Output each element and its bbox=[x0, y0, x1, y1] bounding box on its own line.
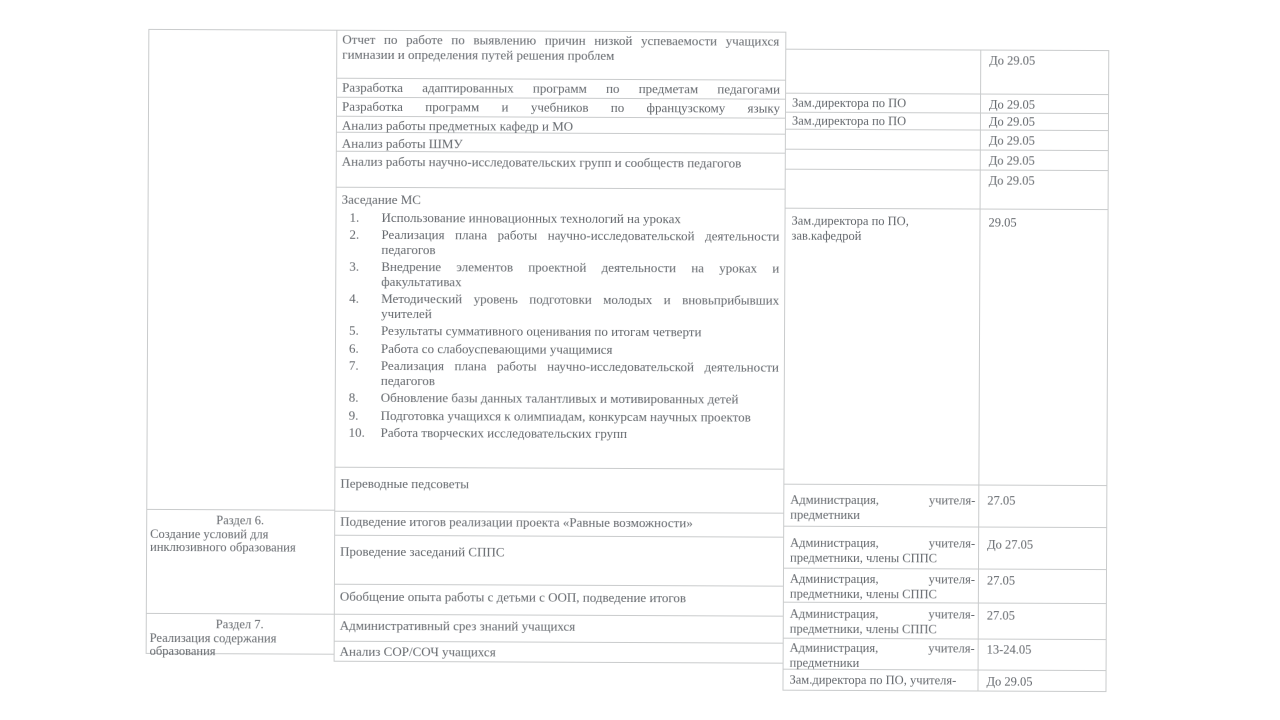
activity-cell: Разработка программ и учебников по франц… bbox=[336, 98, 786, 119]
meeting-agenda-item: Обновление базы данных талантливых и мот… bbox=[341, 391, 779, 407]
section-cell-razdel-6: Раздел 6. Создание условий для инклюзивн… bbox=[146, 510, 334, 615]
responsible-cell bbox=[785, 130, 981, 151]
meeting-agenda-item: Реализация плана работы научно-исследова… bbox=[341, 228, 779, 259]
activity-cell: Анализ работы научно-исследовательских г… bbox=[336, 152, 786, 190]
date-cell: До 29.05 bbox=[980, 131, 1109, 152]
scanned-work-plan-table: Раздел 6. Создание условий для инклюзивн… bbox=[0, 0, 1280, 720]
activity-cell: Переводные педсоветы bbox=[334, 468, 784, 514]
section-cell-empty bbox=[146, 29, 336, 511]
date-cell: До 29.05 bbox=[980, 171, 1109, 211]
meeting-agenda-item: Использование инновационных технологий н… bbox=[342, 210, 780, 226]
responsible-cell: Зам.директора по ПО bbox=[785, 94, 981, 114]
section-title: Создание условий для инклюзивного образо… bbox=[150, 527, 330, 555]
responsible-cell: Администрация, учителя-предметники, член… bbox=[783, 527, 979, 570]
activity-cell: Административный срез знаний учащихся bbox=[334, 615, 784, 644]
section-title bbox=[152, 34, 332, 35]
section-number bbox=[152, 34, 332, 35]
responsible-cell: Зам.директора по ПО, учителя- bbox=[782, 670, 978, 692]
meeting-agenda-item: Работа со слабоуспевающими учащимися bbox=[341, 341, 779, 357]
meeting-agenda-item: Внедрение элементов проектной деятельнос… bbox=[341, 260, 779, 291]
date-cell: 27.05 bbox=[978, 604, 1107, 641]
section-cell-razdel-7: Раздел 7. Реализация содержания образова… bbox=[146, 614, 334, 655]
meeting-agenda-item: Работа творческих исследовательских груп… bbox=[341, 426, 779, 442]
responsible-cell: Зам.директора по ПО bbox=[785, 113, 981, 131]
activity-cell: Анализ СОР/СОЧ учащихся bbox=[334, 642, 784, 664]
responsible-cell bbox=[785, 150, 981, 171]
date-cell: До 29.05 bbox=[977, 671, 1106, 693]
date-cell: 13-24.05 bbox=[978, 640, 1107, 672]
responsible-cell: Администрация, учителя-предметники bbox=[783, 639, 979, 671]
activity-cell: Проведение заседаний СППС bbox=[334, 536, 784, 587]
responsible-cell: Администрация, учителя-предметники, член… bbox=[783, 569, 979, 604]
meeting-title: Заседание МС bbox=[342, 193, 780, 209]
section-title: Реализация содержания образования bbox=[150, 631, 330, 659]
date-cell: До 27.05 bbox=[978, 528, 1107, 571]
date-cell: 27.05 bbox=[978, 486, 1107, 529]
responsible-cell: Администрация, учителя-предметники, член… bbox=[783, 603, 979, 640]
activity-cell: Анализ работы ШМУ bbox=[336, 133, 786, 154]
activity-cell: Отчет по работе по выявлению причин низк… bbox=[336, 30, 786, 81]
date-cell: До 29.05 bbox=[980, 95, 1109, 115]
meeting-agenda-item: Результаты суммативного оценивания по ит… bbox=[341, 324, 779, 340]
responsible-cell bbox=[785, 49, 981, 95]
responsible-cell bbox=[785, 170, 981, 210]
activity-cell: Подведение итогов реализации проекта «Ра… bbox=[334, 512, 784, 538]
activity-cell: Обобщение опыта работы с детьми с ООП, п… bbox=[334, 585, 784, 617]
responsible-cell: Администрация, учителя-предметники bbox=[783, 485, 979, 528]
date-cell: 29.05 bbox=[978, 210, 1108, 487]
meeting-agenda-item: Реализация плана работы научно-исследова… bbox=[341, 359, 779, 390]
date-cell: 27.05 bbox=[978, 570, 1107, 605]
meeting-agenda-item: Методический уровень подготовки молодых … bbox=[341, 292, 779, 323]
date-cell: До 29.05 bbox=[980, 114, 1109, 132]
date-cell: До 29.05 bbox=[980, 50, 1109, 96]
activity-cell-meeting: Заседание МС Использование инновационных… bbox=[334, 188, 785, 470]
activity-cell: Анализ работы предметных кафедр и МО bbox=[336, 117, 786, 135]
meeting-agenda-item: Подготовка учащихся к олимпиадам, конкур… bbox=[341, 408, 779, 424]
activity-cell: Разработка адаптированных программ по пр… bbox=[336, 79, 786, 100]
meeting-agenda-list: Использование инновационных технологий н… bbox=[341, 210, 780, 442]
responsible-cell: Зам.директора по ПО, зав.кафедрой bbox=[783, 209, 980, 486]
date-cell: До 29.05 bbox=[980, 151, 1109, 172]
